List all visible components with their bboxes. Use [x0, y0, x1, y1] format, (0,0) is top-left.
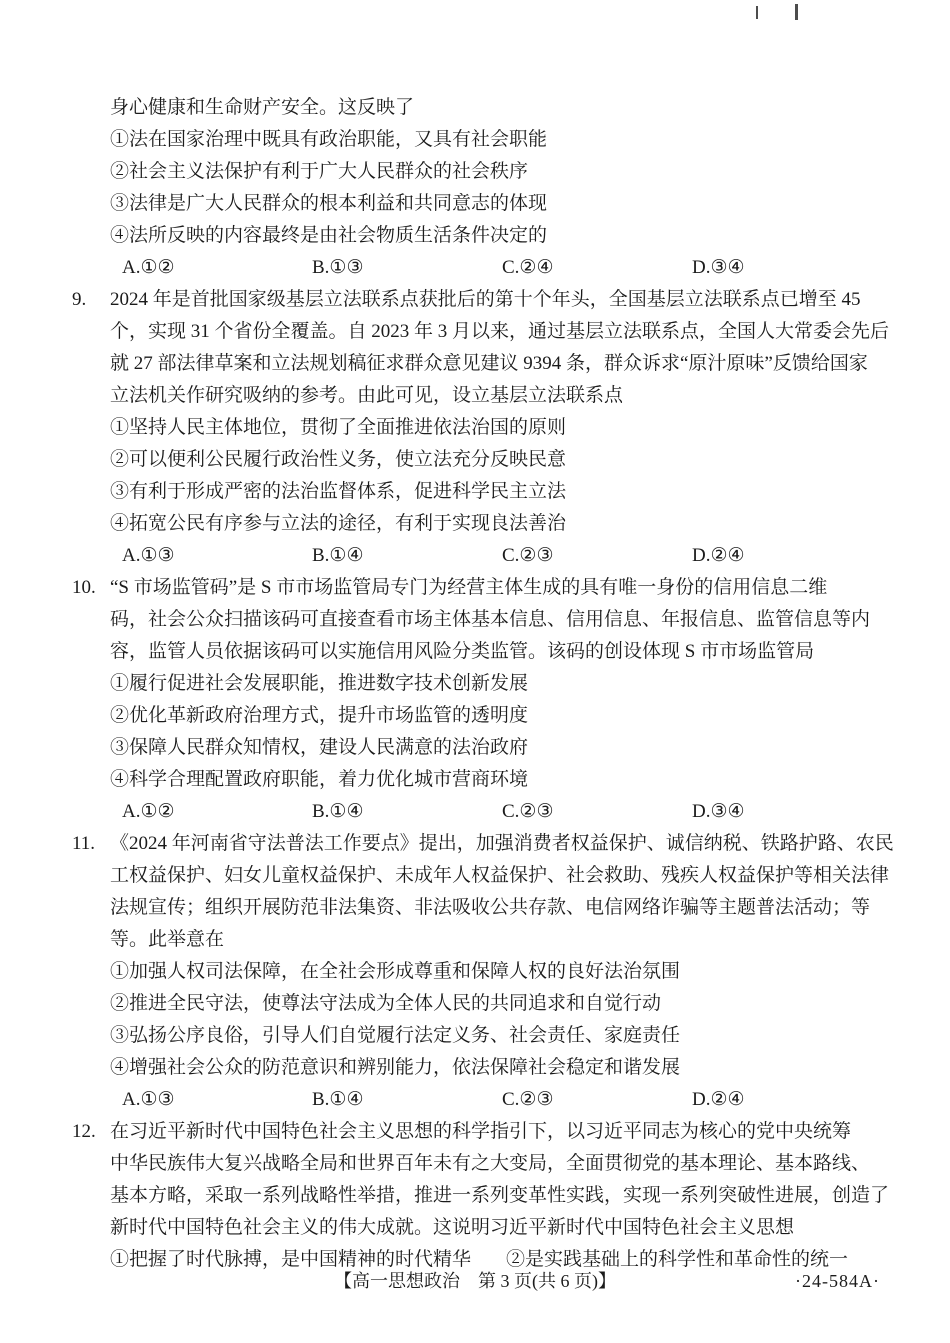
page-footer: 【高一思想政治 第 3 页(共 6 页)】 ·24-584A·	[0, 1270, 950, 1296]
choice-d: D.③④	[692, 796, 745, 828]
choice-c: C.②③	[502, 796, 692, 828]
option-item: ②推进全民守法，使尊法守法成为全体人民的共同追求和自觉行动	[0, 988, 950, 1020]
stem-line: 容，监管人员依据该码可以实施信用风险分类监管。该码的创设体现 S 市市场监管局	[0, 636, 950, 668]
option-item: ③有利于形成严密的法治监督体系，促进科学民主立法	[0, 476, 950, 508]
option-item: ①履行促进社会发展职能，推进数字技术创新发展	[0, 668, 950, 700]
answer-choices-row: A.①③ B.①④ C.②③ D.②④	[0, 540, 950, 572]
option-item: ④增强社会公众的防范意识和辨别能力，依法保障社会稳定和谐发展	[0, 1052, 950, 1084]
answer-choices-row: A.①② B.①③ C.②④ D.③④	[0, 252, 950, 284]
choice-a: A.①②	[122, 252, 312, 284]
option-item: ③保障人民群众知情权，建设人民满意的法治政府	[0, 732, 950, 764]
option-item: ③弘扬公序良俗，引导人们自觉履行法定义务、社会责任、家庭责任	[0, 1020, 950, 1052]
choice-c: C.②④	[502, 252, 692, 284]
footer-paper-code: ·24-584A·	[795, 1270, 880, 1292]
stem-line: 10.“S 市场监管码”是 S 市市场监管局专门为经营主体生成的具有唯一身份的信…	[0, 572, 950, 604]
stem-line: 立法机关作研究吸纳的参考。由此可见，设立基层立法联系点	[0, 380, 950, 412]
stem-text: “S 市场监管码”是 S 市市场监管局专门为经营主体生成的具有唯一身份的信用信息…	[110, 577, 827, 598]
option-item: ②优化革新政府治理方式，提升市场监管的透明度	[0, 700, 950, 732]
choice-b: B.①④	[312, 540, 502, 572]
option-item: ④科学合理配置政府职能，着力优化城市营商环境	[0, 764, 950, 796]
question-number: 11.	[72, 828, 110, 860]
choice-a: A.①②	[122, 796, 312, 828]
registration-mark-icon	[795, 4, 798, 20]
registration-mark-icon	[756, 6, 758, 19]
stem-line: 9.2024 年是首批国家级基层立法联系点获批后的第十个年头，全国基层立法联系点…	[0, 284, 950, 316]
choice-c: C.②③	[502, 1084, 692, 1116]
question-number: 12.	[72, 1116, 110, 1148]
answer-choices-row: A.①③ B.①④ C.②③ D.②④	[0, 1084, 950, 1116]
stem-line: 新时代中国特色社会主义的伟大成就。这说明习近平新时代中国特色社会主义思想	[0, 1212, 950, 1244]
option-item: ①法在国家治理中既具有政治职能，又具有社会职能	[0, 124, 950, 156]
question-8-continuation: 身心健康和生命财产安全。这反映了 ①法在国家治理中既具有政治职能，又具有社会职能…	[0, 92, 950, 284]
stem-line: 就 27 部法律草案和立法规划稿征求群众意见建议 9394 条，群众诉求“原汁原…	[0, 348, 950, 380]
choice-d: D.②④	[692, 1084, 745, 1116]
choice-d: D.③④	[692, 252, 745, 284]
choice-b: B.①④	[312, 1084, 502, 1116]
stem-line: 法规宣传；组织开展防范非法集资、非法吸收公共存款、电信网络诈骗等主题普法活动；等	[0, 892, 950, 924]
stem-line: 工权益保护、妇女儿童权益保护、未成年人权益保护、社会救助、残疾人权益保护等相关法…	[0, 860, 950, 892]
option-item: ②社会主义法保护有利于广大人民群众的社会秩序	[0, 156, 950, 188]
stem-line: 12.在习近平新时代中国特色社会主义思想的科学指引下，以习近平同志为核心的党中央…	[0, 1116, 950, 1148]
stem-line: 11.《2024 年河南省守法普法工作要点》提出，加强消费者权益保护、诚信纳税、…	[0, 828, 950, 860]
option-item: ②可以便利公民履行政治性义务，使立法充分反映民意	[0, 444, 950, 476]
exam-content: 身心健康和生命财产安全。这反映了 ①法在国家治理中既具有政治职能，又具有社会职能…	[0, 92, 950, 1276]
stem-line: 个，实现 31 个省份全覆盖。自 2023 年 3 月以来，通过基层立法联系点，…	[0, 316, 950, 348]
choice-b: B.①③	[312, 252, 502, 284]
question-9: 9.2024 年是首批国家级基层立法联系点获批后的第十个年头，全国基层立法联系点…	[0, 284, 950, 572]
stem-text: 《2024 年河南省守法普法工作要点》提出，加强消费者权益保护、诚信纳税、铁路护…	[110, 833, 894, 854]
choice-d: D.②④	[692, 540, 745, 572]
question-number: 10.	[72, 572, 110, 604]
answer-choices-row: A.①② B.①④ C.②③ D.③④	[0, 796, 950, 828]
exam-page-scan: 身心健康和生命财产安全。这反映了 ①法在国家治理中既具有政治职能，又具有社会职能…	[0, 0, 950, 1343]
question-12: 12.在习近平新时代中国特色社会主义思想的科学指引下，以习近平同志为核心的党中央…	[0, 1116, 950, 1276]
question-11: 11.《2024 年河南省守法普法工作要点》提出，加强消费者权益保护、诚信纳税、…	[0, 828, 950, 1116]
option-item: ①坚持人民主体地位，贯彻了全面推进依法治国的原则	[0, 412, 950, 444]
choice-b: B.①④	[312, 796, 502, 828]
stem-line: 码，社会公众扫描该码可直接查看市场主体基本信息、信用信息、年报信息、监管信息等内	[0, 604, 950, 636]
stem-text: 在习近平新时代中国特色社会主义思想的科学指引下，以习近平同志为核心的党中央统筹	[110, 1121, 851, 1142]
choice-c: C.②③	[502, 540, 692, 572]
stem-line: 等。此举意在	[0, 924, 950, 956]
question-number: 9.	[72, 284, 110, 316]
question-10: 10.“S 市场监管码”是 S 市市场监管局专门为经营主体生成的具有唯一身份的信…	[0, 572, 950, 828]
option-item: ③法律是广大人民群众的根本利益和共同意志的体现	[0, 188, 950, 220]
choice-a: A.①③	[122, 540, 312, 572]
option-item: ④法所反映的内容最终是由社会物质生活条件决定的	[0, 220, 950, 252]
option-item: ①加强人权司法保障，在全社会形成尊重和保障人权的良好法治氛围	[0, 956, 950, 988]
stem-line: 中华民族伟大复兴战略全局和世界百年未有之大变局，全面贯彻党的基本理论、基本路线、	[0, 1148, 950, 1180]
stem-line: 身心健康和生命财产安全。这反映了	[0, 92, 950, 124]
option-item: ④拓宽公民有序参与立法的途径，有利于实现良法善治	[0, 508, 950, 540]
stem-line: 基本方略，采取一系列战略性举措，推进一系列变革性实践，实现一系列突破性进展，创造…	[0, 1180, 950, 1212]
choice-a: A.①③	[122, 1084, 312, 1116]
stem-text: 2024 年是首批国家级基层立法联系点获批后的第十个年头，全国基层立法联系点已增…	[110, 289, 861, 310]
